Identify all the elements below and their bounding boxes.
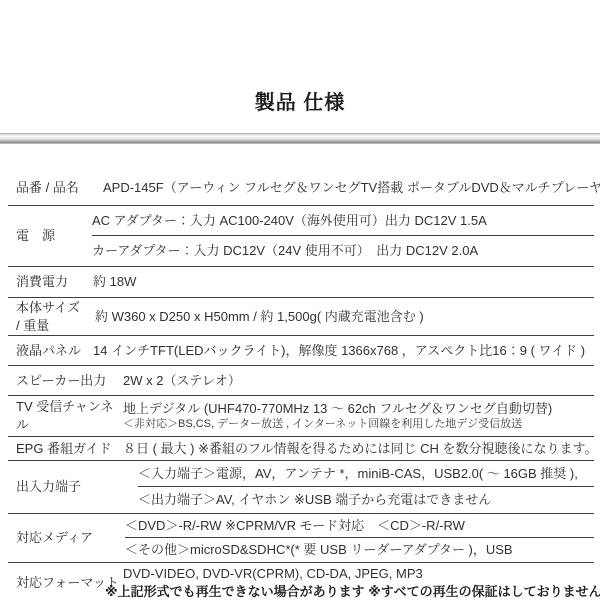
spec-note-tv-channel: ＜非対応＞BS,CS, データー放送 , インターネット回線を利用した地デジ受信… — [123, 417, 594, 432]
spec-value-media-group: ＜DVD＞-R/-RW ※CPRM/VR モード対応 ＜CD＞-R/-RW ＜そ… — [125, 514, 594, 562]
spec-label-lcd-panel: 液晶パネル — [8, 342, 93, 360]
spec-row-media: 対応メディア ＜DVD＞-R/-RW ※CPRM/VR モード対応 ＜CD＞-R… — [8, 514, 594, 563]
spec-label-size-weight: 本体サイズ / 重量 — [8, 299, 95, 334]
spec-label-epg: EPG 番組ガイド — [8, 440, 123, 458]
spec-value-model: APD-145F（アーウィン フルセグ＆ワンセグTV搭載 ポータブルDVD＆マル… — [103, 179, 600, 197]
spec-row-lcd-panel: 液晶パネル 14 インチTFT(LEDバックライト)，解像度 1366x768 … — [8, 336, 594, 366]
spec-row-power: 電 源 AC アダプター：入力 AC100-240V（海外使用可）出力 DC12… — [8, 206, 594, 267]
product-spec-page: 製品 仕様 品番 / 品名 APD-145F（アーウィン フルセグ＆ワンセグTV… — [0, 0, 600, 600]
spec-row-format: 対応フォーマット DVD-VIDEO, DVD-VR(CPRM), CD-DA,… — [8, 563, 594, 600]
spec-value-tv-channel-group: 地上デジタル (UHF470-770MHz 13 ～ 62ch フルセグ＆ワンセ… — [123, 400, 594, 432]
spec-value-epg: ８日 ( 最大 ) ※番組のフル情報を得るためには同じ CH を数分視聴後になり… — [123, 440, 597, 458]
spec-value-power-group: AC アダプター：入力 AC100-240V（海外使用可）出力 DC12V 1.… — [92, 206, 594, 266]
spec-value-size-weight: 約 W360 x D250 x H50mm / 約 1,500g( 内蔵充電池含… — [95, 308, 594, 326]
spec-value-tv-channel: 地上デジタル (UHF470-770MHz 13 ～ 62ch フルセグ＆ワンセ… — [123, 400, 594, 418]
spec-value-io-input: ＜入力端子＞電源，AV，アンテナ *，miniB-CAS，USB2.0( ～ 1… — [138, 461, 594, 487]
spec-label-power: 電 源 — [8, 227, 92, 245]
spec-note-format-warning: ※上記形式でも再生できない場合があります ※すべての再生の保証はしておりません。 — [105, 583, 600, 600]
spec-label-consumption: 消費電力 — [8, 273, 93, 291]
spec-value-speaker: 2W x 2（ステレオ） — [123, 372, 594, 390]
spec-value-format: DVD-VIDEO, DVD-VR(CPRM), CD-DA, JPEG, MP… — [123, 565, 600, 583]
spec-value-consumption: 約 18W — [93, 273, 594, 291]
spec-value-lcd-panel: 14 インチTFT(LEDバックライト)，解像度 1366x768 ，アスペクト… — [93, 342, 594, 360]
spec-label-io-terminals: 出入力端子 — [8, 478, 138, 496]
spec-table: 品番 / 品名 APD-145F（アーウィン フルセグ＆ワンセグTV搭載 ポータ… — [8, 171, 594, 600]
spec-row-consumption: 消費電力 約 18W — [8, 267, 594, 298]
spec-row-tv-channel: TV 受信チャンネル 地上デジタル (UHF470-770MHz 13 ～ 62… — [8, 396, 594, 437]
spec-row-io-terminals: 出入力端子 ＜入力端子＞電源，AV，アンテナ *，miniB-CAS，USB2.… — [8, 461, 594, 514]
spec-value-format-group: DVD-VIDEO, DVD-VR(CPRM), CD-DA, JPEG, MP… — [123, 565, 600, 600]
header-divider-bar — [0, 133, 600, 144]
spec-label-size-line1: 本体サイズ — [16, 299, 95, 317]
spec-row-epg: EPG 番組ガイド ８日 ( 最大 ) ※番組のフル情報を得るためには同じ CH… — [8, 437, 594, 461]
spec-row-model: 品番 / 品名 APD-145F（アーウィン フルセグ＆ワンセグTV搭載 ポータ… — [8, 171, 594, 206]
spec-value-power-car: カーアダプター：入力 DC12V（24V 使用不可） 出力 DC12V 2.0A — [92, 236, 594, 266]
spec-value-io-output: ＜出力端子＞AV, イヤホン ※USB 端子から充電はできません — [138, 487, 594, 513]
spec-value-power-ac: AC アダプター：入力 AC100-240V（海外使用可）出力 DC12V 1.… — [92, 206, 594, 236]
spec-value-media-disc: ＜DVD＞-R/-RW ※CPRM/VR モード対応 ＜CD＞-R/-RW — [125, 514, 594, 538]
spec-value-media-other: ＜その他＞microSD&SDHC*(* 要 USB リーダーアダプター )，U… — [125, 538, 594, 562]
spec-value-io-group: ＜入力端子＞電源，AV，アンテナ *，miniB-CAS，USB2.0( ～ 1… — [138, 461, 594, 513]
spec-label-speaker: スピーカー出力 — [8, 372, 123, 390]
spec-label-tv-channel: TV 受信チャンネル — [8, 398, 123, 433]
spec-row-speaker: スピーカー出力 2W x 2（ステレオ） — [8, 366, 594, 396]
spec-label-size-line2: / 重量 — [16, 317, 95, 335]
page-title: 製品 仕様 — [0, 0, 600, 126]
spec-label-media: 対応メディア — [8, 529, 125, 547]
spec-row-size-weight: 本体サイズ / 重量 約 W360 x D250 x H50mm / 約 1,5… — [8, 298, 594, 336]
spec-label-model: 品番 / 品名 — [8, 179, 103, 197]
